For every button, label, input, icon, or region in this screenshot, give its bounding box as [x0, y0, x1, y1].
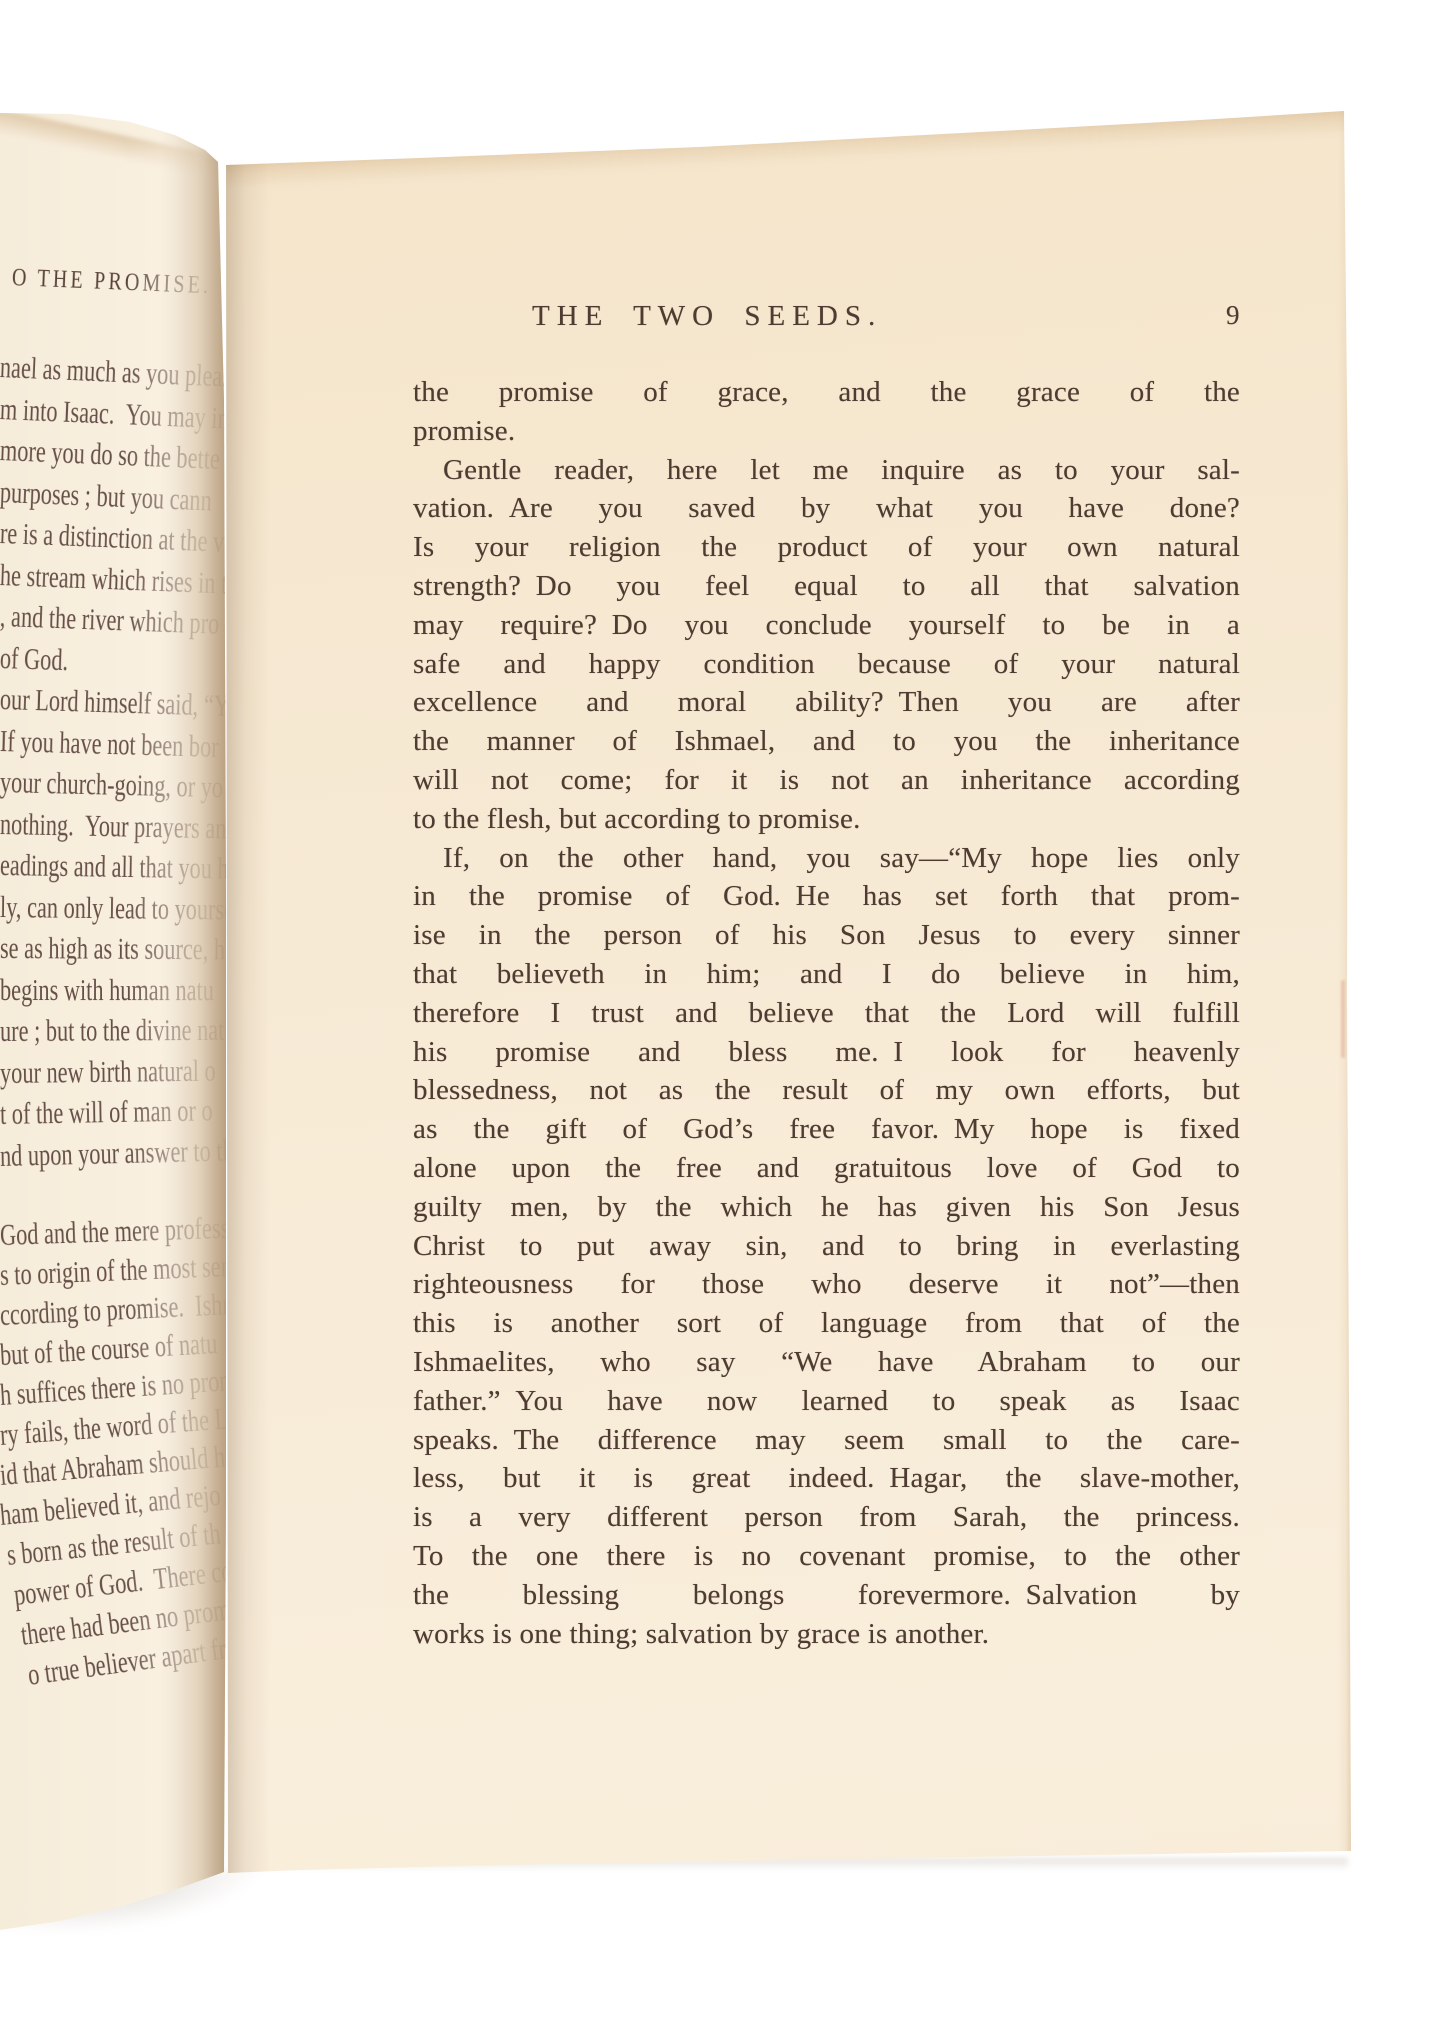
right-page-line: less, but it is great indeed. Hagar, the… [413, 1459, 1240, 1498]
right-page-line: excellence and moral ability? Then you a… [413, 683, 1240, 722]
right-page-line: Gentle reader, here let me inquire as to… [413, 451, 1240, 490]
left-page-top-edge [0, 108, 239, 183]
right-page-line: is a very different person from Sarah, t… [413, 1498, 1240, 1537]
right-page-line: Christ to put away sin, and to bring in … [413, 1227, 1240, 1266]
left-page-line: more you do so the bette [0, 433, 221, 476]
right-page-line: guilty men, by the which he has given hi… [413, 1188, 1240, 1227]
left-page-line: If you have not been bor [0, 724, 219, 764]
book-photo: O THE PROMISE. nael as much as you pleas… [0, 0, 1445, 2023]
left-page-line: m into Isaac. You may in [0, 392, 229, 436]
left-page-line: but of the course of natu [0, 1326, 218, 1372]
right-page-line: works is one thing; salvation by grace i… [413, 1615, 1240, 1654]
right-page-line: in the promise of God. He has set forth … [413, 877, 1240, 916]
left-page-line: s to origin of the most seri [0, 1249, 235, 1292]
right-page-line: father.” You have now learned to speak a… [413, 1382, 1240, 1421]
right-page-line: righteousness for those who deserve it n… [413, 1265, 1240, 1304]
right-page-line: Ishmaelites, who say “We have Abraham to… [413, 1343, 1240, 1382]
left-page-line: , and the river which pro [0, 599, 220, 641]
right-page-line: to the flesh, but according to promise. [413, 800, 1240, 839]
left-page-line: of God. [0, 641, 69, 677]
left-page-line: se as high as its source, h [0, 931, 225, 966]
right-page-line: ise in the person of his Son Jesus to ev… [413, 916, 1240, 955]
right-page-line: the manner of Ishmael, and to you the in… [413, 722, 1240, 761]
left-page-line: God and the mere profess [0, 1211, 230, 1252]
right-page-line: his promise and bless me. I look for hea… [413, 1033, 1240, 1072]
left-page-line: re is a distinction at the ver [0, 516, 242, 559]
right-page-line: this is another sort of language from th… [413, 1304, 1240, 1343]
left-page-line: eadings and all that you ha [0, 848, 239, 886]
right-page-line: the promise of grace, and the grace of t… [413, 373, 1240, 412]
left-page-line: nael as much as you pleas [0, 350, 232, 394]
page-curl-fade [128, 0, 228, 2023]
left-page-line: your church-going, or yo [0, 765, 223, 804]
right-page-line: blessedness, not as the result of my own… [413, 1071, 1240, 1110]
left-page-line: t of the will of man or o [0, 1093, 213, 1131]
right-page-line: safe and happy condition because of your… [413, 645, 1240, 684]
left-page-line: nothing. Your prayers an [0, 807, 227, 845]
left-page-line: purposes ; but you cann [0, 475, 213, 518]
right-page-line: will not come; for it is not an inherita… [413, 761, 1240, 800]
right-page-line: If, on the other hand, you say—“My hope … [413, 839, 1240, 878]
right-page-line: that believeth in him; and I do believe … [413, 955, 1240, 994]
left-page-line: begins with human natu [0, 973, 214, 1007]
right-page-line: strength? Do you feel equal to all that … [413, 567, 1240, 606]
left-page-line: our Lord himself said, “Y [0, 682, 230, 723]
left-page-line: your new birth natural o [0, 1053, 216, 1089]
right-page-line: therefore I trust and believe that the L… [413, 994, 1240, 1033]
right-page-line: the blessing belongs forevermore. Salvat… [413, 1576, 1240, 1615]
left-page-line: nd upon your answer to th [0, 1133, 234, 1173]
page-edge-fleck [1341, 980, 1345, 1058]
left-page-line: ccording to promise. Ishm [0, 1287, 240, 1332]
right-page-top-edge [224, 103, 1354, 190]
right-page-line: Is your religion the product of your own… [413, 528, 1240, 567]
left-page-line: he stream which rises in th [0, 558, 239, 601]
page-number: 9 [1226, 302, 1240, 329]
right-page-line: may require? Do you conclude yourself to… [413, 606, 1240, 645]
right-page-running-header: THE TWO SEEDS. [532, 302, 882, 331]
right-page-line: To the one there is no covenant promise,… [413, 1537, 1240, 1576]
left-page-line: h suffices there is no prom [0, 1363, 238, 1412]
right-page-line: vation. Are you saved by what you have d… [413, 489, 1240, 528]
right-page-line: promise. [413, 412, 1240, 451]
right-page-line: as the gift of God’s free favor. My hope… [413, 1110, 1240, 1149]
right-page-text-lines: the promise of grace, and the grace of t… [413, 373, 1240, 1653]
right-page-line: alone upon the free and gratuitous love … [413, 1149, 1240, 1188]
left-page-running-header: O THE PROMISE. [11, 264, 211, 300]
left-page-line: ly, can only lead to yourse [0, 890, 234, 927]
left-page-line: ure ; but to the divine natu [0, 1013, 236, 1048]
right-page-line: speaks. The difference may seem small to… [413, 1421, 1240, 1460]
